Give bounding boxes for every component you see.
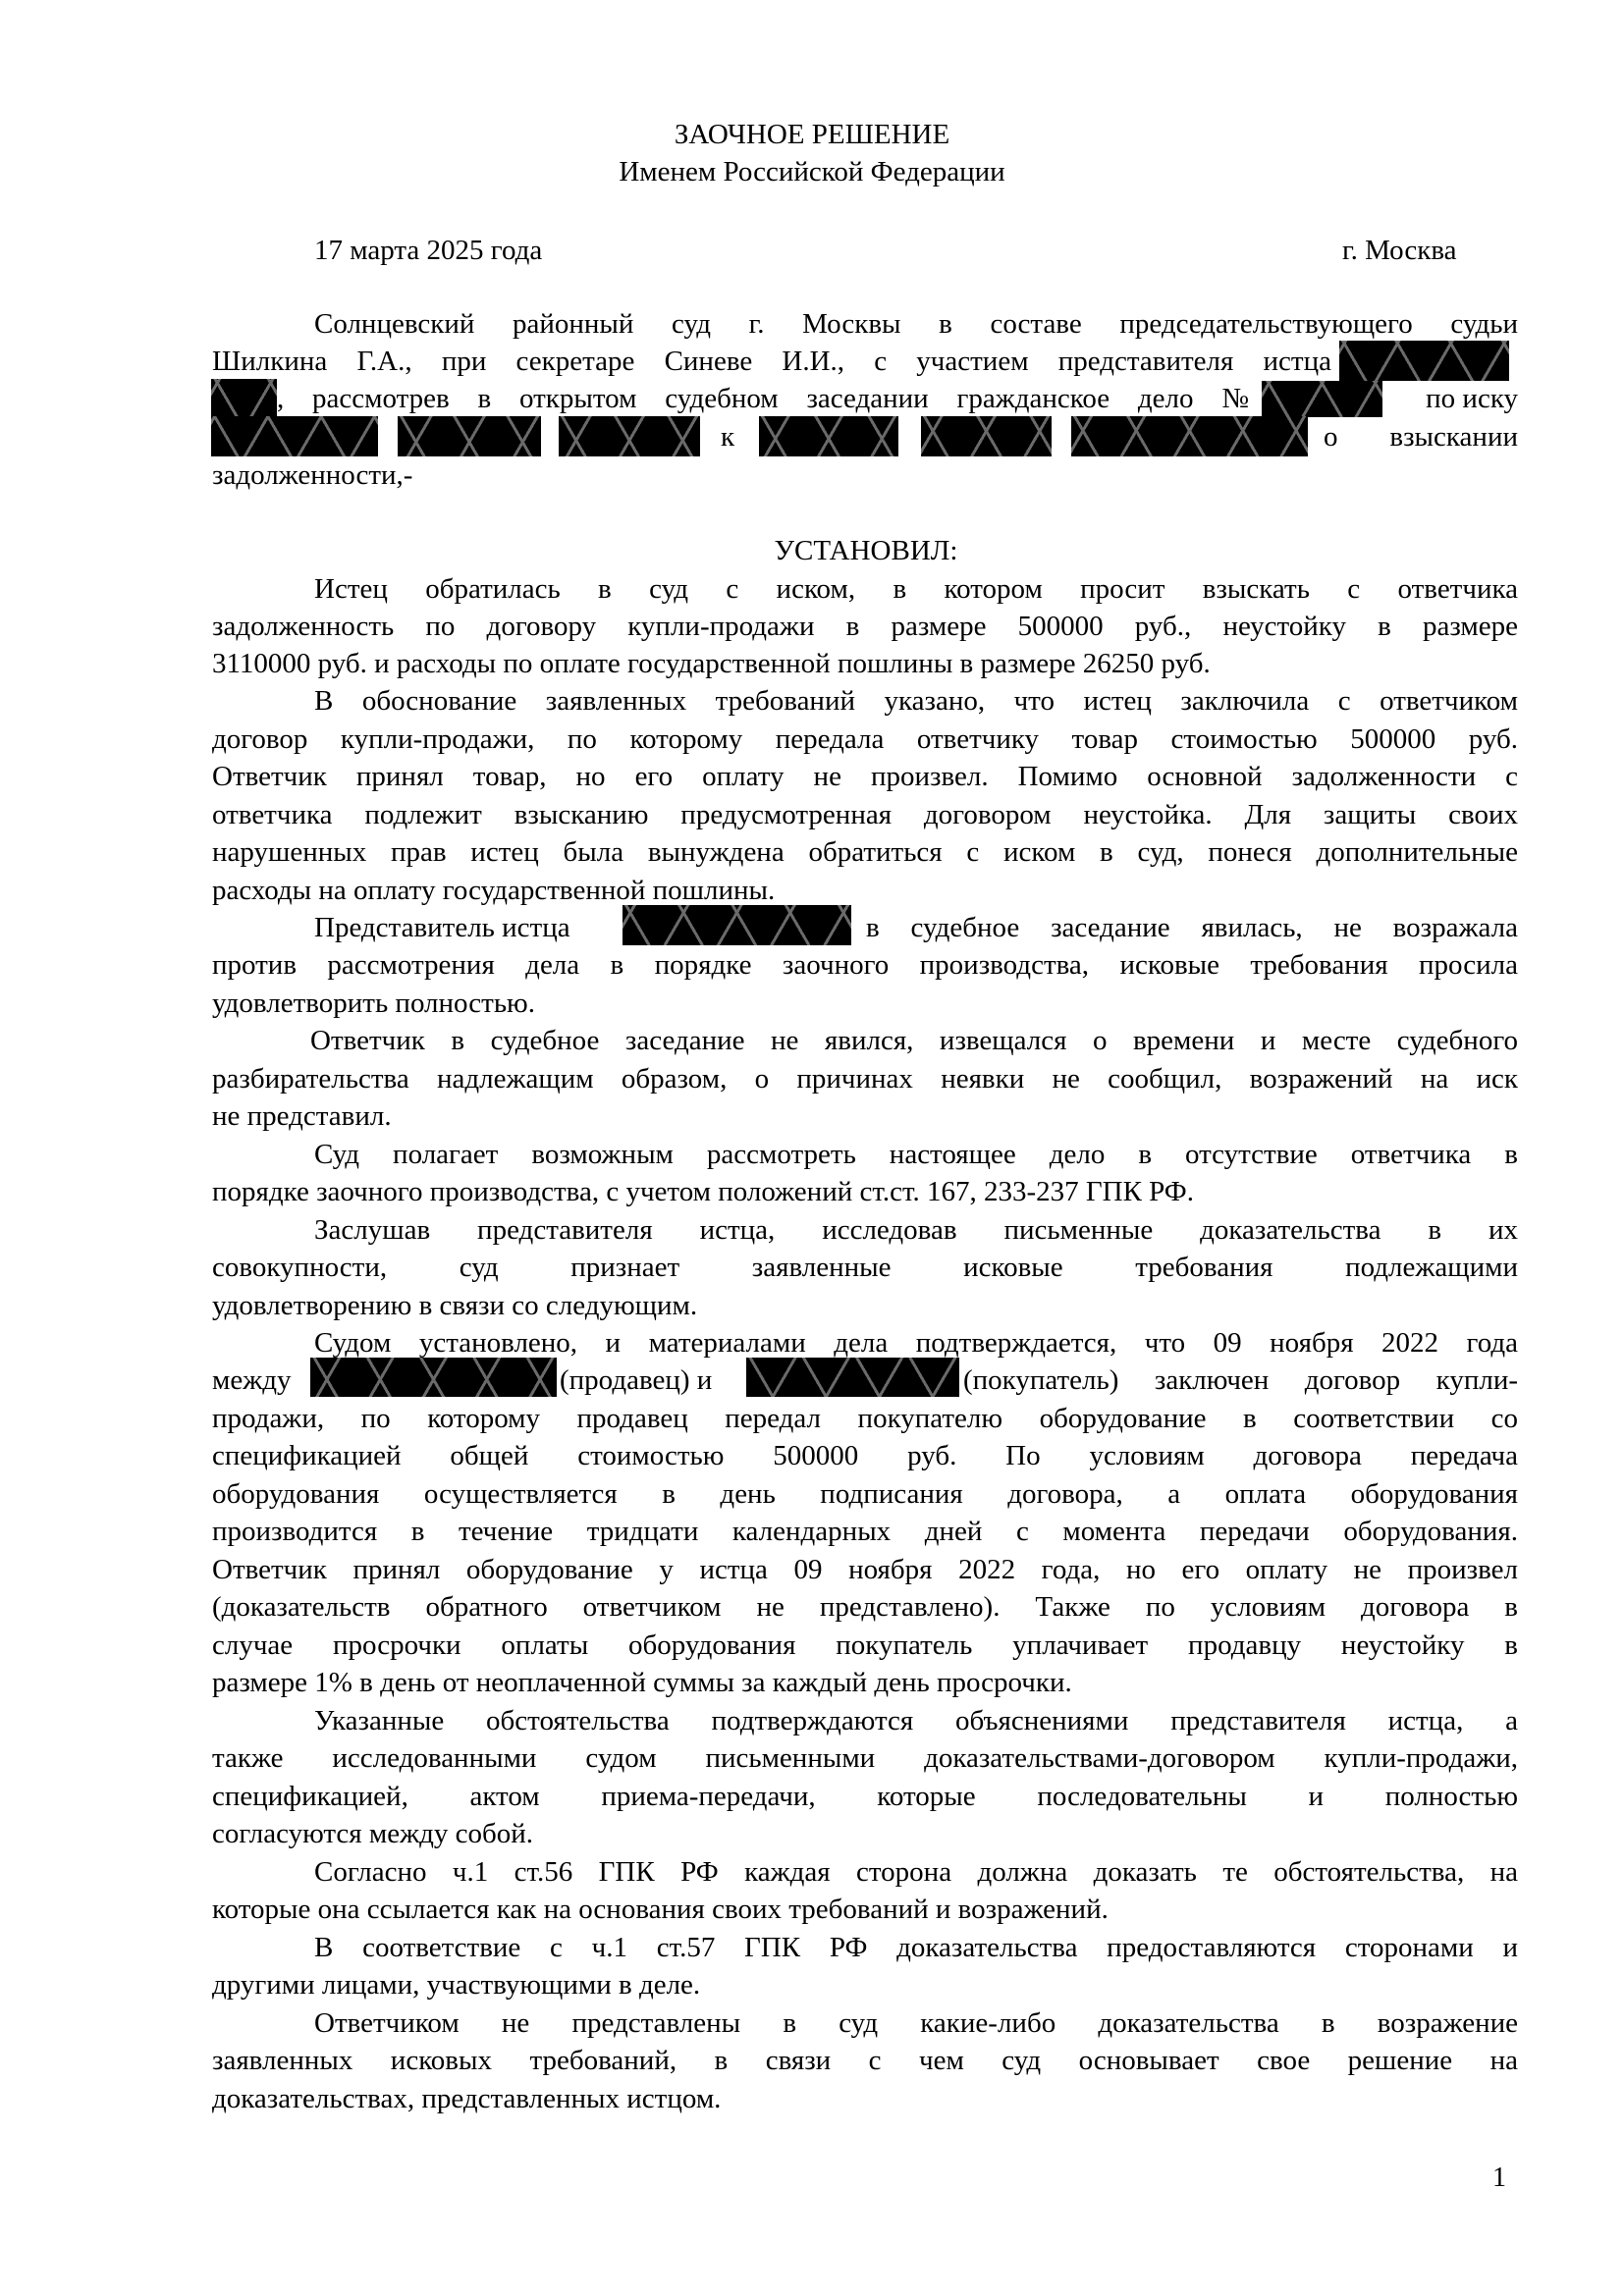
redacted-block bbox=[759, 416, 898, 456]
p8-line: согласуются между собой. bbox=[212, 1815, 1518, 1852]
redacted-block bbox=[211, 416, 378, 456]
p1-line: Истец обратилась в суд с иском, в которо… bbox=[314, 570, 1518, 608]
p7-line: Судом установлено, и материалами дела по… bbox=[314, 1324, 1518, 1362]
redacted-case-number bbox=[1262, 381, 1382, 417]
p3-line: удовлетворить полностью. bbox=[212, 985, 1518, 1022]
p7-line-2b: (продавец) и bbox=[560, 1362, 712, 1399]
p11-line: доказательствах, представленных истцом. bbox=[212, 2080, 1518, 2117]
decision-city: г. Москва bbox=[1342, 232, 1457, 269]
p8-line: Указанные обстоятельства подтверждаются … bbox=[314, 1702, 1518, 1739]
p11-line: Ответчиком не представлены в суд какие-л… bbox=[314, 2004, 1518, 2042]
p7-line: продажи, по которому продавец передал по… bbox=[212, 1400, 1518, 1437]
intro-line-3b: по иску bbox=[1400, 380, 1518, 417]
document-title: ЗАОЧНОЕ РЕШЕНИЕ bbox=[0, 116, 1624, 153]
p7-line: производится в течение тридцати календар… bbox=[212, 1513, 1518, 1550]
p1-line: задолженность по договору купли-продажи … bbox=[212, 608, 1518, 645]
p7-line: размере 1% в день от неоплаченной суммы … bbox=[212, 1664, 1518, 1701]
p3-line-1a: Представитель истца bbox=[314, 909, 570, 946]
p5-line: Суд полагает возможным рассмотреть насто… bbox=[314, 1136, 1518, 1173]
redacted-block bbox=[211, 379, 277, 418]
p7-line: (доказательств обратного ответчиком не п… bbox=[212, 1588, 1518, 1626]
redacted-buyer-name bbox=[746, 1358, 959, 1397]
redacted-block bbox=[921, 416, 1052, 456]
redacted-block bbox=[398, 416, 541, 456]
redacted-block bbox=[1071, 416, 1308, 456]
p9-line: Согласно ч.1 ст.56 ГПК РФ каждая сторона… bbox=[314, 1853, 1518, 1891]
p2-line: ответчика подлежит взысканию предусмотре… bbox=[212, 796, 1518, 833]
p6-line: Заслушав представителя истца, исследовав… bbox=[314, 1211, 1518, 1249]
p6-line: совокупности, суд признает заявленные ис… bbox=[212, 1249, 1518, 1286]
p4-line: разбирательства надлежащим образом, о пр… bbox=[212, 1060, 1518, 1097]
redacted-block bbox=[559, 416, 700, 456]
intro-line-5: задолженности,- bbox=[212, 456, 1518, 494]
decision-date: 17 марта 2025 года bbox=[314, 232, 542, 269]
p2-line: нарушенных прав истец была вынуждена обр… bbox=[212, 833, 1518, 871]
p10-line: другими лицами, участвующими в деле. bbox=[212, 1966, 1518, 2003]
redacted-seller-name bbox=[310, 1358, 557, 1397]
document-page: ЗАОЧНОЕ РЕШЕНИЕ Именем Российской Федера… bbox=[0, 0, 1624, 2296]
p7-line: спецификацией общей стоимостью 500000 ру… bbox=[212, 1437, 1518, 1474]
p7-line-2c: (покупатель) заключен договор купли- bbox=[963, 1362, 1518, 1399]
p5-line: порядке заочного производства, с учетом … bbox=[212, 1173, 1518, 1210]
p4-line: Ответчик в судебное заседание не явился,… bbox=[310, 1022, 1518, 1059]
p9-line: которые она ссылается как на основания с… bbox=[212, 1891, 1518, 1928]
p2-line: Ответчик принял товар, но его оплату не … bbox=[212, 758, 1518, 795]
p7-line-2a: между bbox=[212, 1362, 292, 1399]
p2-line: В обоснование заявленных требований указ… bbox=[314, 682, 1518, 720]
intro-line-1: Солнцевский районный суд г. Москвы в сос… bbox=[314, 305, 1518, 343]
p6-line: удовлетворению в связи со следующим. bbox=[212, 1287, 1518, 1324]
p7-line: оборудования осуществляется в день подпи… bbox=[212, 1475, 1518, 1513]
p2-line: расходы на оплату государственной пошлин… bbox=[212, 872, 1518, 909]
p4-line: не представил. bbox=[212, 1097, 1518, 1135]
p10-line: В соответствие с ч.1 ст.57 ГПК РФ доказа… bbox=[314, 1929, 1518, 1966]
p8-line: также исследованными судом письменными д… bbox=[212, 1739, 1518, 1777]
intro-line-4a: к bbox=[721, 418, 734, 455]
page-number: 1 bbox=[1492, 2160, 1506, 2197]
intro-line-4b: о взыскании bbox=[1324, 418, 1518, 455]
p3-line: против рассмотрения дела в порядке заочн… bbox=[212, 946, 1518, 984]
redacted-representative-name bbox=[623, 905, 851, 945]
redacted-block bbox=[1339, 341, 1509, 381]
section-heading: УСТАНОВИЛ: bbox=[54, 532, 1624, 569]
p7-line: случае просрочки оплаты оборудования пок… bbox=[212, 1627, 1518, 1664]
intro-line-3a: , рассмотрев в открытом судебном заседан… bbox=[277, 380, 1249, 417]
intro-line-2: Шилкина Г.А., при секретаре Синеве И.И.,… bbox=[212, 343, 1331, 380]
p8-line: спецификацией, актом приема-передачи, ко… bbox=[212, 1778, 1518, 1815]
p11-line: заявленных исковых требований, в связи с… bbox=[212, 2042, 1518, 2079]
p7-line: Ответчик принял оборудование у истца 09 … bbox=[212, 1551, 1518, 1588]
document-subtitle: Именем Российской Федерации bbox=[0, 153, 1624, 190]
p1-line: 3110000 руб. и расходы по оплате государ… bbox=[212, 645, 1518, 682]
p3-line-1b: в судебное заседание явилась, не возража… bbox=[866, 909, 1518, 946]
p2-line: договор купли-продажи, по которому перед… bbox=[212, 721, 1518, 758]
